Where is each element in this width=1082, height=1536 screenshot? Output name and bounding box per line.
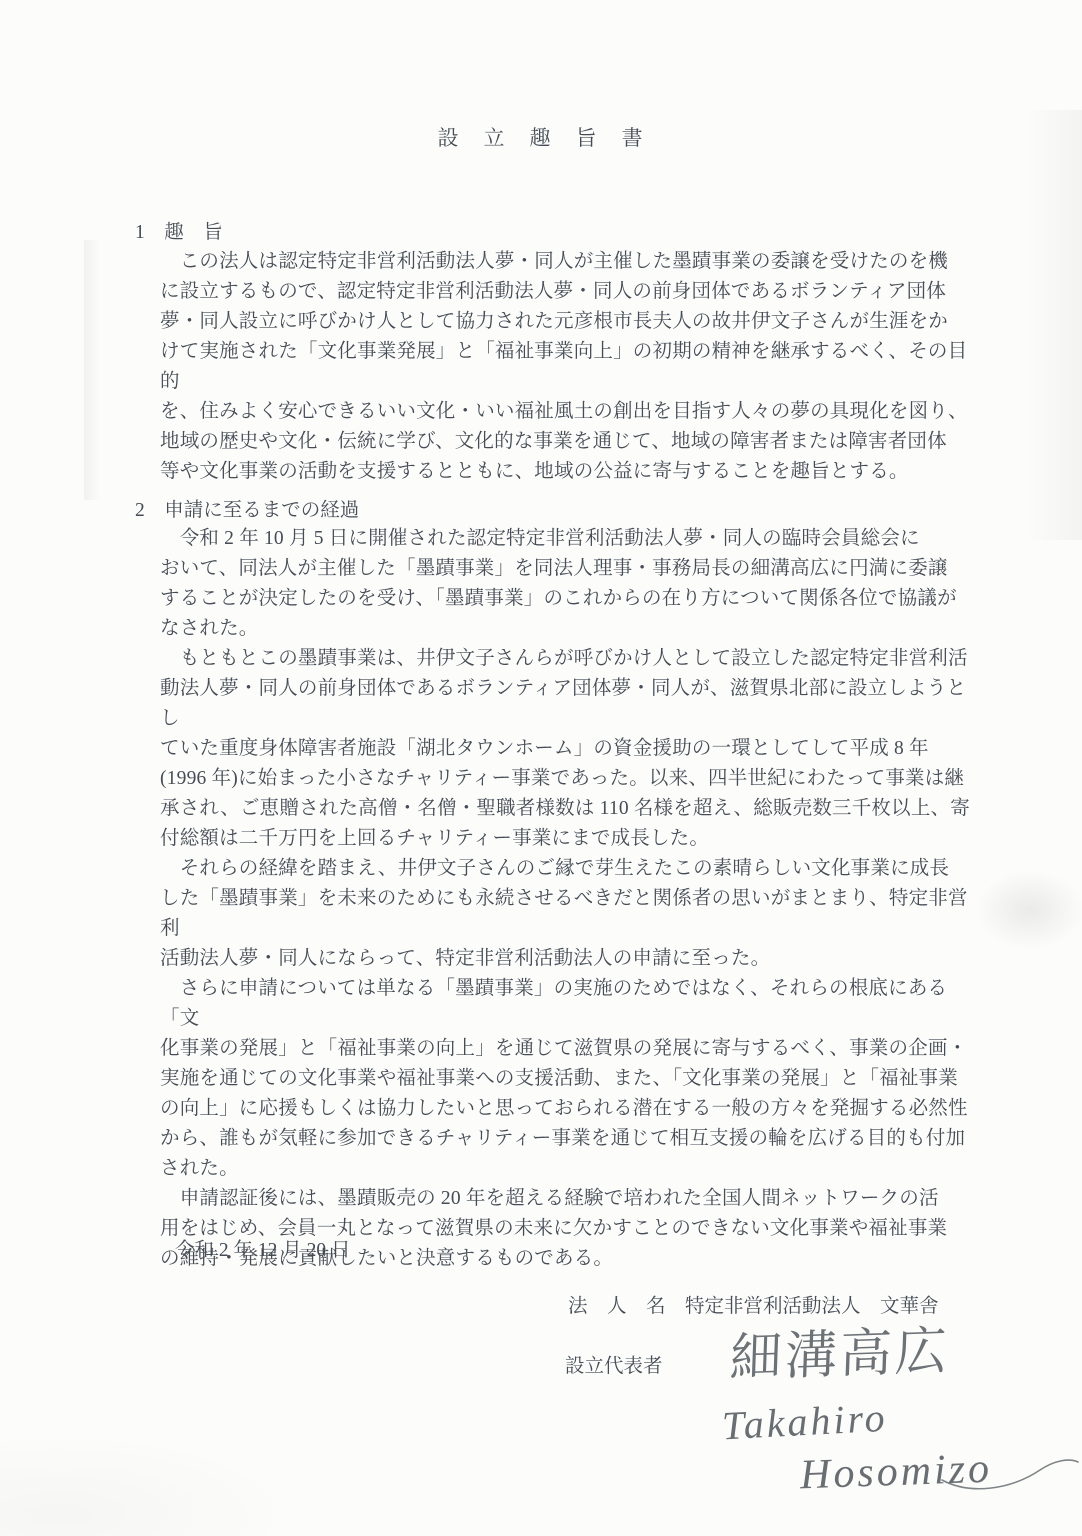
section-2-paragraph-2: もともとこの墨蹟事業は、井伊文子さんらが呼びかけ人として設立した認定特定非営利活… xyxy=(160,644,970,854)
scanned-document-page: 設 立 趣 旨 書 1 趣 旨 この法人は認定特定非営利活動法人夢・同人が主催し… xyxy=(0,0,1082,1536)
scan-artifact xyxy=(1025,110,1082,540)
scan-artifact xyxy=(0,1430,300,1536)
section-2-paragraph-1: 令和 2 年 10 月 5 日に開催された認定特定非営利活動法人夢・同人の臨時会… xyxy=(160,524,970,644)
section-2-paragraph-3: それらの経緯を踏まえ、井伊文子さんのご縁で芽生えたこの素晴らしい文化事業に成長 … xyxy=(160,854,970,974)
document-date: 令和 2 年 12 月 20 日 xyxy=(175,1234,351,1262)
signature-kanji-handwriting: 細溝高広 xyxy=(729,1308,952,1391)
signature-romaji-first-name: Takahiro xyxy=(721,1394,889,1450)
section-2-heading: 2 申請に至るまでの経過 xyxy=(135,494,359,522)
section-2-body: 令和 2 年 10 月 5 日に開催された認定特定非営利活動法人夢・同人の臨時会… xyxy=(160,524,970,1274)
section-1-heading: 1 趣 旨 xyxy=(135,216,223,244)
page-title: 設 立 趣 旨 書 xyxy=(0,122,1082,152)
scan-artifact xyxy=(975,870,1082,950)
scan-artifact xyxy=(84,240,100,500)
section-2-paragraph-4: さらに申請については単なる「墨蹟事業」の実施のためではなく、それらの根底にある「… xyxy=(160,974,970,1184)
section-1-paragraph: この法人は認定特定非営利活動法人夢・同人が主催した墨蹟事業の委譲を受けたのを機 … xyxy=(160,247,970,487)
signature-flourish-stroke xyxy=(940,1440,1080,1500)
founder-representative-label: 設立代表者 xyxy=(565,1350,663,1378)
